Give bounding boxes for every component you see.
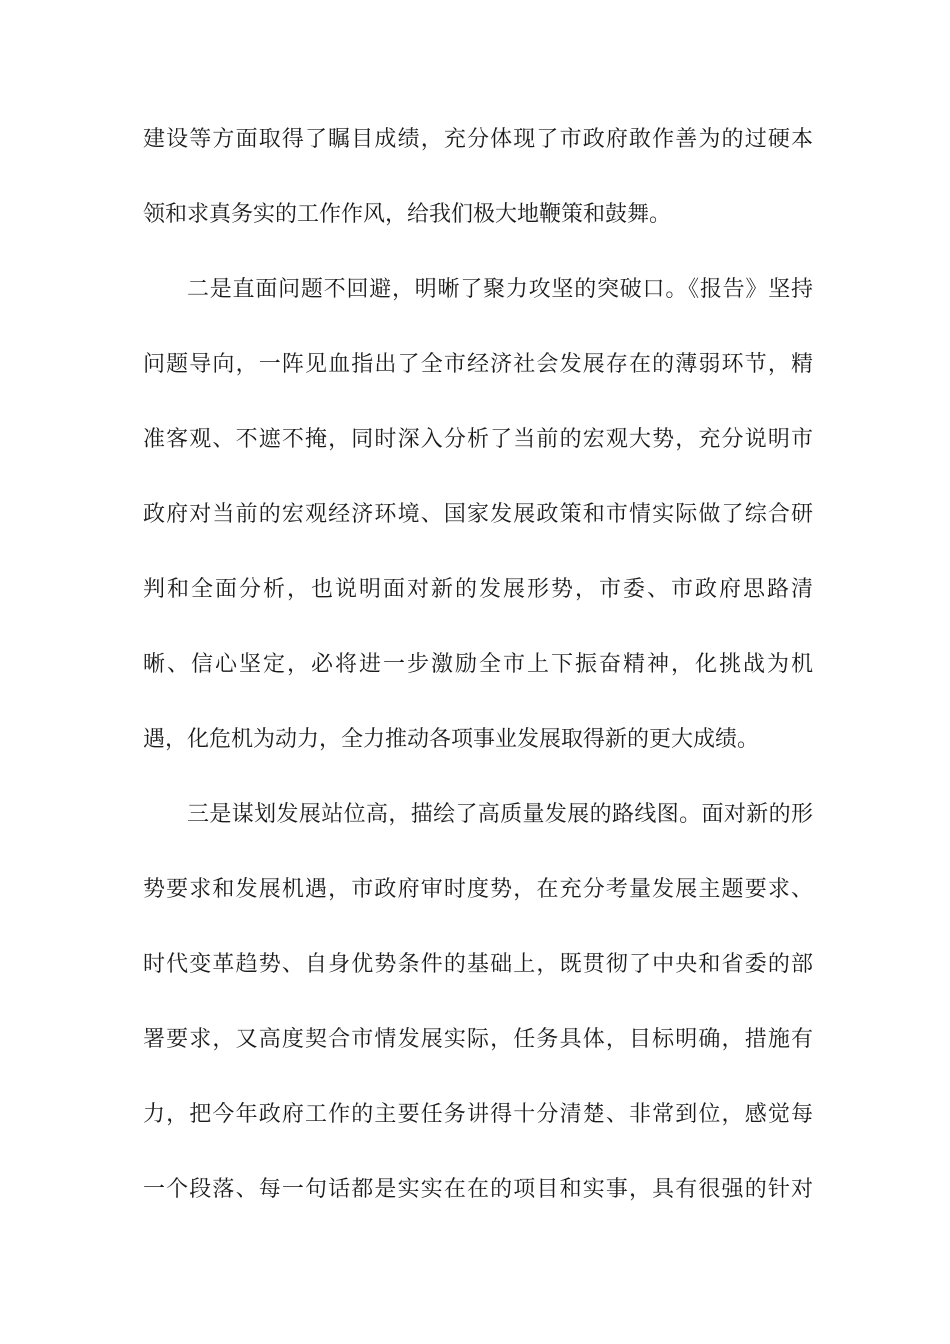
text-line: 判和全面分析，也说明面对新的发展形势，市委、市政府思路清 bbox=[143, 551, 813, 626]
text-line: 三是谋划发展站位高，描绘了高质量发展的路线图。面对新的形 bbox=[143, 776, 813, 851]
text-line: 领和求真务实的工作作风，给我们极大地鞭策和鼓舞。 bbox=[143, 176, 813, 251]
text-line: 问题导向，一阵见血指出了全市经济社会发展存在的薄弱环节，精 bbox=[143, 326, 813, 401]
text-line: 署要求，又高度契合市情发展实际，任务具体，目标明确，措施有 bbox=[143, 1001, 813, 1076]
text-line: 势要求和发展机遇，市政府审时度势，在充分考量发展主题要求、 bbox=[143, 851, 813, 926]
text-line: 时代变革趋势、自身优势条件的基础上，既贯彻了中央和省委的部 bbox=[143, 926, 813, 1001]
text-line: 二是直面问题不回避，明晰了聚力攻坚的突破口。《报告》坚持 bbox=[143, 251, 813, 326]
text-line: 一个段落、每一句话都是实实在在的项目和实事，具有很强的针对 bbox=[143, 1151, 813, 1226]
text-line: 晰、信心坚定，必将进一步激励全市上下振奋精神，化挑战为机 bbox=[143, 626, 813, 701]
text-line: 政府对当前的宏观经济环境、国家发展政策和市情实际做了综合研 bbox=[143, 476, 813, 551]
text-line: 力，把今年政府工作的主要任务讲得十分清楚、非常到位，感觉每 bbox=[143, 1076, 813, 1151]
text-line: 准客观、不遮不掩，同时深入分析了当前的宏观大势，充分说明市 bbox=[143, 401, 813, 476]
text-line: 建设等方面取得了瞩目成绩，充分体现了市政府敢作善为的过硬本 bbox=[143, 101, 813, 176]
text-line: 遇，化危机为动力，全力推动各项事业发展取得新的更大成绩。 bbox=[143, 701, 813, 776]
document-page: 建设等方面取得了瞩目成绩，充分体现了市政府敢作善为的过硬本 领和求真务实的工作作… bbox=[0, 0, 950, 1344]
